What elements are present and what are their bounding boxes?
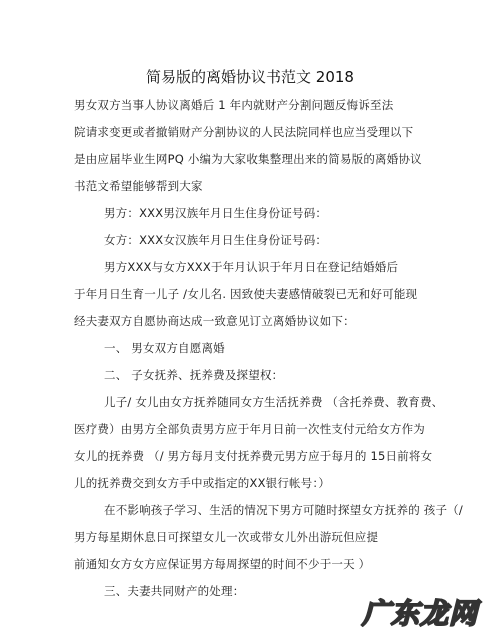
text-line: 儿的抚养费交到女方手中或指定的XX银行帐号：） [74,475,330,491]
text-line: 前通知女方女方应保证男方每周探望的时间不少于一天 ） [74,556,370,572]
text-line: 男方：XXX男汉族年月日生住身份证号码： [104,205,327,221]
text-line: 书范文希望能够帮到大家 [74,178,203,194]
text-line: 是由应届毕业生网PQ 小编为大家收集整理出来的简易版的离婚协议 [74,151,422,167]
text-line: 女儿的抚养费 （/ 男方每月支付抚养费元男方应于每月的 15日前将女 [74,448,432,464]
text-line: 院请求变更或者撤销财产分割协议的人民法院同样也应当受理以下 [74,124,413,140]
document-title: 简易版的离婚协议书范文 2018 [0,66,500,87]
text-line: 男女双方当事人协议离婚后 1 年内就财产分割问题反悔诉至法 [74,97,393,113]
text-line: 医疗费）由男方全部负责男方应于年月日前一次性支付元给女方作为 [74,421,425,437]
text-line: 一、 男女双方自愿离婚 [104,340,225,356]
text-line: 男方XXX与女方XXX于年月认识于年月日在登记结婚婚后 [104,259,398,275]
text-line: 三、夫妻共同财产的处理： [104,583,244,599]
text-line: 经夫妻双方自愿协商达成一致意见订立离婚协议如下： [74,313,355,329]
text-line: 于年月日生育一儿子 /女儿名. 因致使夫妻感情破裂已无和好可能现 [74,286,417,302]
text-line: 二、 子女抚养、抚养费及探望权： [104,367,283,383]
watermark-logo: 广东龙网 [362,592,478,632]
text-line: 女方：XXX女汉族年月日生住身份证号码： [104,232,327,248]
text-line: 在不影响孩子学习、生活的情况下男方可随时探望女方抚养的 孩子（/ [104,502,463,518]
text-line: 男方每星期休息日可探望女儿一次或带女儿外出游玩但应提 [74,529,378,545]
text-line: 儿子/ 女儿由女方抚养随同女方生活抚养费 （含托养费、教育费、 [104,394,443,410]
